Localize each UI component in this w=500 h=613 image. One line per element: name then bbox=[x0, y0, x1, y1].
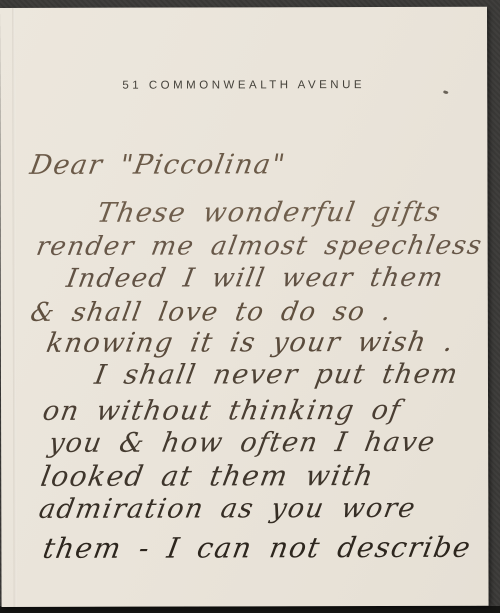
handwritten-line-11: admiration as you wore bbox=[37, 493, 419, 525]
letterhead: 51 COMMONWEALTH AVENUE bbox=[0, 79, 487, 92]
handwritten-line-7: I shall never put them bbox=[92, 359, 461, 391]
handwritten-line-4: Indeed I will wear them bbox=[64, 263, 446, 294]
fold-crease-line bbox=[12, 8, 17, 607]
scan-background: 51 COMMONWEALTH AVENUE Dear "Piccolina" … bbox=[0, 0, 500, 613]
handwritten-line-9: you & how often I have bbox=[46, 427, 438, 459]
ink-speck bbox=[443, 90, 449, 95]
handwritten-line-6: knowing it is your wish . bbox=[44, 327, 457, 359]
letter-paper: 51 COMMONWEALTH AVENUE Dear "Piccolina" … bbox=[0, 7, 489, 607]
handwritten-line-8: on without thinking of bbox=[40, 395, 403, 427]
scan-bottom-strip bbox=[0, 606, 500, 613]
handwritten-line-10: looked at them with bbox=[38, 459, 377, 493]
handwritten-line-1: Dear "Piccolina" bbox=[28, 149, 288, 181]
handwritten-line-2: These wonderful gifts bbox=[95, 197, 444, 229]
handwritten-line-12: them - I can not describe bbox=[41, 531, 475, 565]
handwritten-line-5: & shall love to do so . bbox=[28, 297, 394, 328]
handwritten-line-3: render me almost speechless . bbox=[34, 231, 500, 262]
